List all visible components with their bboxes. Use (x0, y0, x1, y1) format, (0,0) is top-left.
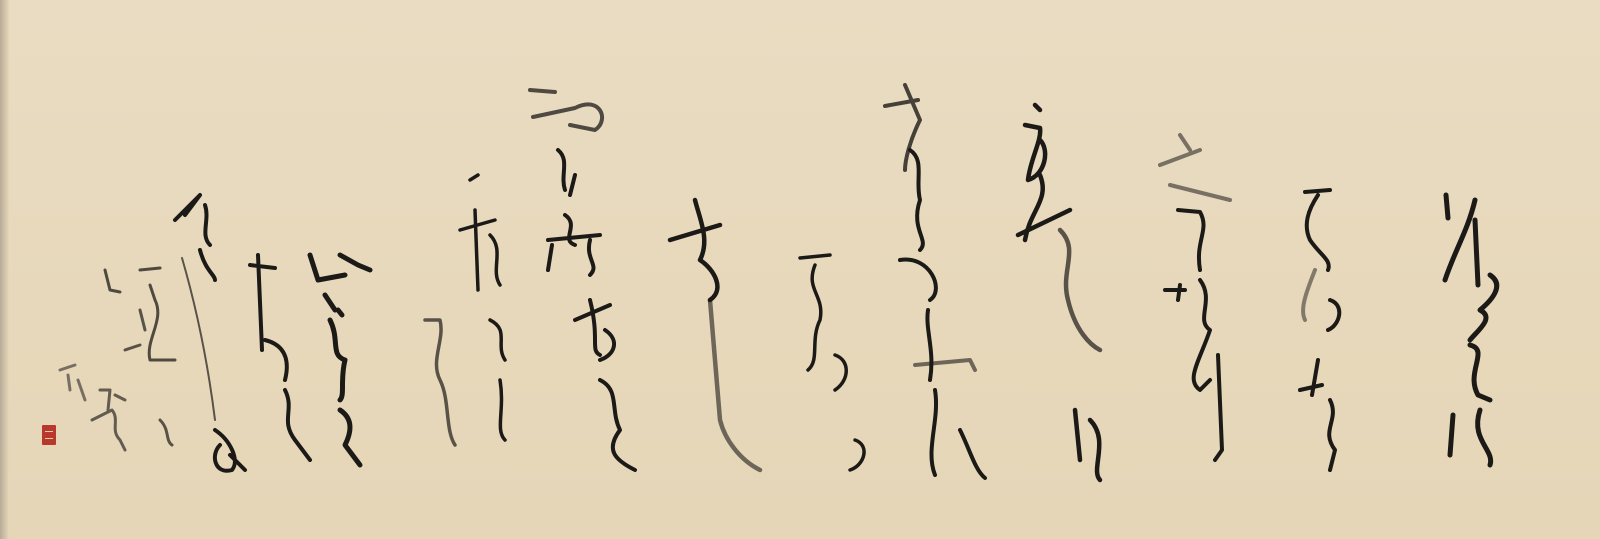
column-1 (1445, 195, 1497, 465)
calligraphy-artwork (0, 0, 1600, 539)
column-10 (310, 255, 370, 465)
column-3 (1160, 135, 1230, 460)
column-13-signature (60, 268, 175, 450)
column-7 (670, 200, 760, 470)
column-12 (175, 195, 245, 471)
column-4 (1018, 105, 1100, 480)
column-2 (1300, 190, 1339, 470)
column-9 (425, 175, 505, 445)
column-11 (250, 255, 310, 460)
column-5 (885, 85, 985, 478)
column-6 (800, 255, 864, 470)
ink-strokes (0, 0, 1600, 539)
red-seal-stamp (42, 425, 56, 445)
column-8 (530, 90, 635, 470)
